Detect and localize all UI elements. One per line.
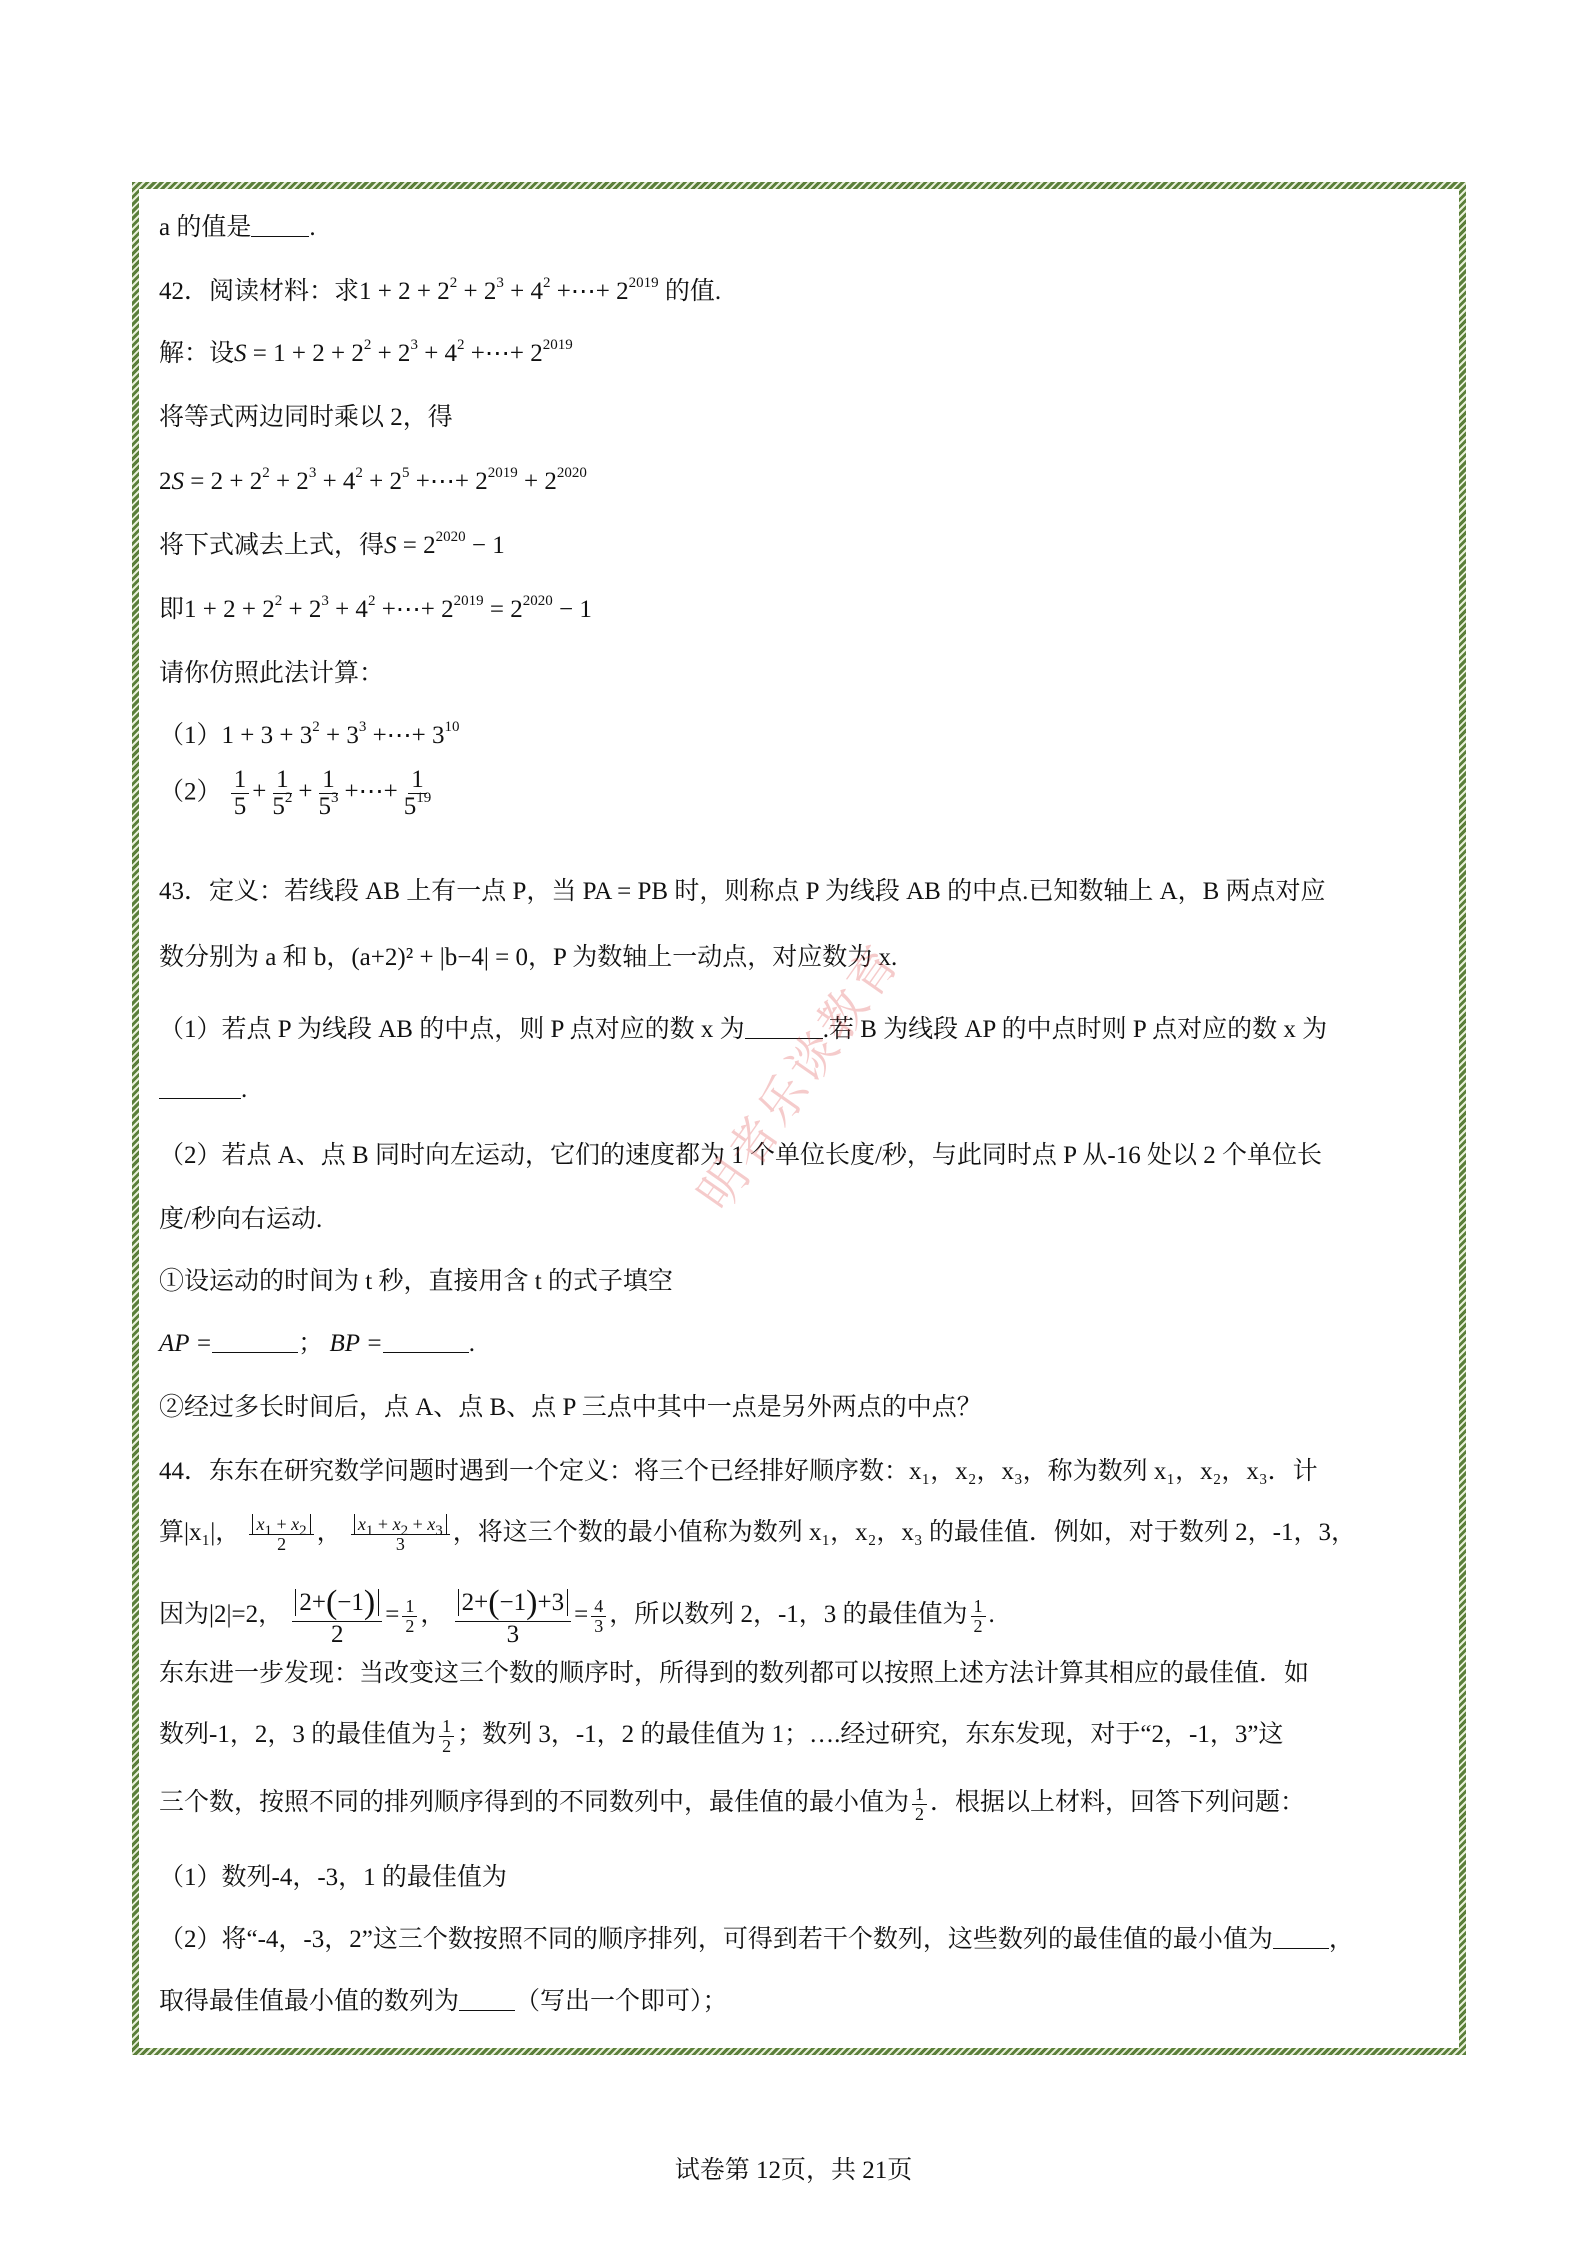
q44-line3: 因为|2|=2， 2+(−1)2=12， 2+(−1)+33=43，所以数列 2…: [159, 1585, 995, 1648]
q41-tail: a 的值是.: [159, 211, 316, 245]
bp-answer-blank[interactable]: [383, 1330, 469, 1353]
math-expression: 1 + 3 + 32 + 33 +⋯+ 310: [222, 722, 460, 749]
q44-line2: 算|x₁|， x1 + x22， x1 + x2 + x33，将这三个数的最小值…: [159, 1515, 1356, 1554]
math-expression: 1 + 2 + 22 + 23 + 42 +⋯+ 22019: [359, 278, 659, 305]
ap-answer-blank[interactable]: [212, 1330, 298, 1353]
question-number: 42．: [159, 278, 209, 305]
math-expression: 1 + 2 + 22 + 23 + 42 +⋯+ 22019 = 22020 −…: [184, 596, 592, 623]
q42-step4: 即1 + 2 + 22 + 23 + 42 +⋯+ 22019 = 22020 …: [159, 593, 592, 627]
fraction: x1 + x2 + x33: [351, 1515, 450, 1554]
q43-part1: （1）若点 P 为线段 AB 的中点，则 P 点对应的数 x 为.若 B 为线段…: [159, 1013, 1327, 1047]
q44-line6: 三个数，按照不同的排列顺序得到的不同数列中，最佳值的最小值为12．根据以上材料，…: [159, 1785, 1305, 1824]
fraction: 2+(−1)+33: [455, 1585, 571, 1648]
question-number: 44．: [159, 1458, 209, 1485]
answer-blank[interactable]: [459, 1988, 515, 2011]
question-number: 43．: [159, 878, 209, 905]
question-frame: a 的值是. 42．阅读材料：求1 + 2 + 22 + 23 + 42 +⋯+…: [132, 182, 1466, 2055]
q43-part2-line2: 度/秒向右运动.: [159, 1203, 322, 1237]
fraction: 2+(−1)2: [292, 1585, 382, 1648]
q42-part2: （2） 15+152+153+⋯+1519: [159, 767, 437, 821]
q44-part3: 取得最佳值最小值的数列为（写出一个即可）；: [159, 1985, 728, 2019]
q43-line1: 43．定义：若线段 AB 上有一点 P，当 PA = PB 时，则称点 P 为线…: [159, 875, 1326, 909]
math-expression: 15+152+153+⋯+1519: [228, 778, 437, 805]
q44-part1: （1）数列-4，-3，1 的最佳值为: [159, 1861, 507, 1895]
q44-line5: 数列-1，2，3 的最佳值为12；数列 3，-1，2 的最佳值为 1；….经过研…: [159, 1717, 1283, 1756]
math-expression: 2S = 2 + 22 + 23 + 42 + 25 +⋯+ 22019 + 2…: [159, 468, 587, 495]
q44-part2: （2）将“-4，-3，2”这三个数按照不同的顺序排列，可得到若干个数列，这些数列…: [159, 1923, 1354, 1957]
q42-solution: 解：设S = 1 + 2 + 22 + 23 + 42 +⋯+ 22019: [159, 337, 573, 371]
q43-sub1: ①设运动的时间为 t 秒，直接用含 t 的式子填空: [159, 1265, 673, 1299]
q42-prompt: 请你仿照此法计算：: [159, 657, 384, 691]
math-expression: S = 1 + 2 + 22 + 23 + 42 +⋯+ 22019: [234, 340, 573, 367]
q42-step1: 将等式两边同时乘以 2，得: [159, 401, 453, 435]
q44-line4: 东东进一步发现：当改变这三个数的顺序时，所得到的数列都可以按照上述方法计算其相应…: [159, 1657, 1309, 1691]
q43-part1-blank2: .: [159, 1073, 247, 1107]
answer-blank[interactable]: [1273, 1926, 1329, 1949]
q42-step3: 将下式减去上式，得S = 22020 − 1: [159, 529, 505, 563]
answer-blank[interactable]: [159, 1076, 241, 1099]
q43-part2-line1: （2）若点 A、点 B 同时向左运动，它们的速度都为 1 个单位长度/秒，与此同…: [159, 1139, 1322, 1173]
math-expression: S = 22020 − 1: [384, 532, 505, 559]
q43-sub1-blanks: AP =； BP =.: [159, 1327, 475, 1361]
q43-line2: 数分别为 a 和 b，(a+2)² + |b−4| = 0，P 为数轴上一动点，…: [159, 941, 897, 975]
q42-part1: （1）1 + 3 + 32 + 33 +⋯+ 310: [159, 719, 460, 753]
q44-line1: 44．东东在研究数学问题时遇到一个定义：将三个已经排好顺序数：x₁，x₂，x₃，…: [159, 1455, 1318, 1489]
q43-sub2: ②经过多长时间后，点 A、点 B、点 P 三点中其中一点是另外两点的中点？: [159, 1391, 982, 1425]
answer-blank[interactable]: [745, 1016, 823, 1039]
q42-title: 42．阅读材料：求1 + 2 + 22 + 23 + 42 +⋯+ 22019 …: [159, 275, 721, 309]
answer-blank[interactable]: [251, 214, 309, 237]
page-footer: 试卷第 12页，共 21页: [0, 2150, 1587, 2186]
fraction: x1 + x22: [249, 1515, 313, 1554]
q42-step2: 2S = 2 + 22 + 23 + 42 + 25 +⋯+ 22019 + 2…: [159, 465, 587, 499]
